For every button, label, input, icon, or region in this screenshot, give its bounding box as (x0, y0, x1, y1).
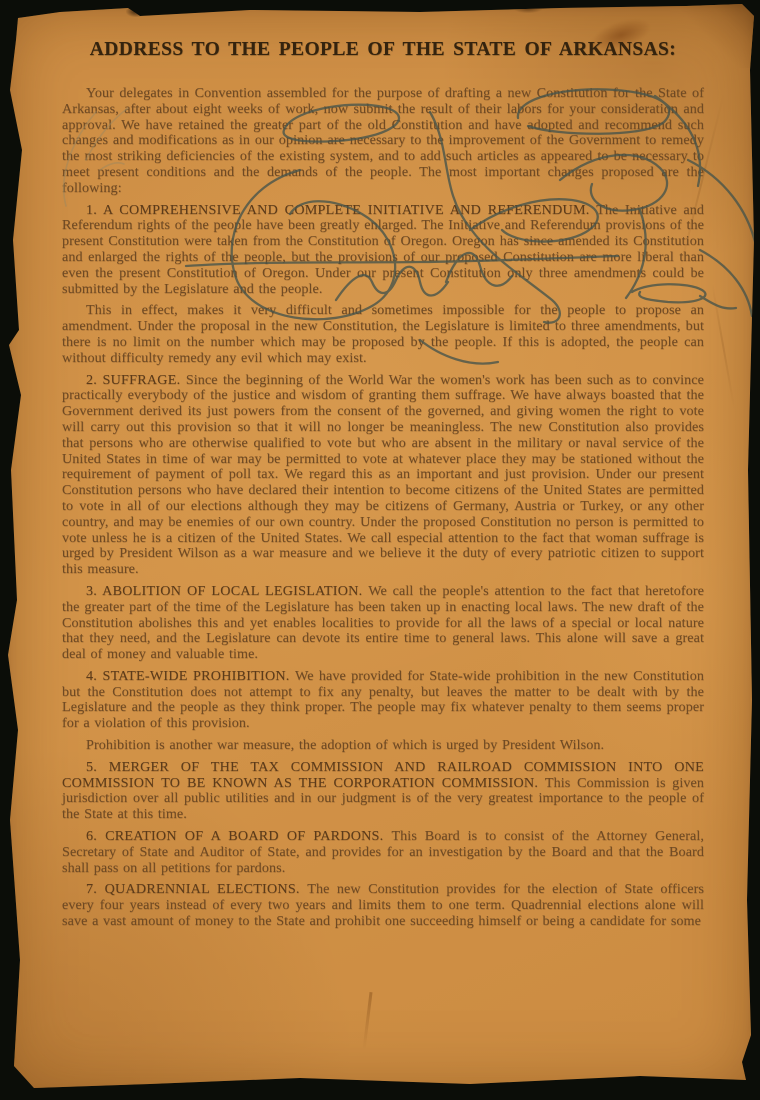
document-body: ADDRESS TO THE PEOPLE OF THE STATE OF AR… (62, 38, 704, 936)
paragraph: 7. QUADRENNIAL ELECTIONS. The new Consti… (62, 882, 704, 929)
paragraph: 6. CREATION OF A BOARD OF PARDONS. This … (62, 829, 704, 876)
page-title: ADDRESS TO THE PEOPLE OF THE STATE OF AR… (62, 38, 704, 62)
section-heading: 6. CREATION OF A BOARD OF PARDONS. (86, 828, 391, 844)
paragraph-text: Since the beginning of the World War the… (62, 372, 704, 578)
edge-notch-stain (126, 6, 146, 17)
paragraph: Prohibition is another war measure, the … (62, 738, 704, 754)
paragraph: Your delegates in Convention assembled f… (62, 86, 704, 197)
paragraph: 1. A COMPREHENSIVE AND COMPLETE INITIATI… (62, 203, 704, 298)
paragraph: This in effect, makes it very difficult … (62, 303, 704, 366)
section-heading: 2. SUFFRAGE. (86, 372, 186, 388)
paragraph: 2. SUFFRAGE. Since the beginning of the … (62, 373, 704, 578)
paragraph-text: Prohibition is another war measure, the … (86, 737, 604, 753)
paper-crease (711, 281, 736, 409)
section-heading: 1. A COMPREHENSIVE AND COMPLETE INITIATI… (86, 202, 596, 218)
section-heading: 3. ABOLITION OF LOCAL LEGISLATION. (86, 583, 368, 599)
paragraph: 5. MERGER OF THE TAX COMMISSION AND RAIL… (62, 760, 704, 823)
top-edge-stain (514, 4, 542, 13)
section-heading: 4. STATE-WIDE PROHIBITION. (86, 668, 295, 684)
paragraph: 3. ABOLITION OF LOCAL LEGISLATION. We ca… (62, 584, 704, 663)
section-heading: 7. QUADRENNIAL ELECTIONS. (86, 881, 307, 897)
paragraph-text: Your delegates in Convention assembled f… (62, 85, 704, 196)
scanned-page: ADDRESS TO THE PEOPLE OF THE STATE OF AR… (0, 0, 760, 1100)
paper-crease (362, 992, 372, 1050)
paragraph-text: This in effect, makes it very difficult … (62, 302, 704, 365)
paragraph: 4. STATE-WIDE PROHIBITION. We have provi… (62, 669, 704, 732)
paragraph-list: Your delegates in Convention assembled f… (62, 86, 704, 930)
